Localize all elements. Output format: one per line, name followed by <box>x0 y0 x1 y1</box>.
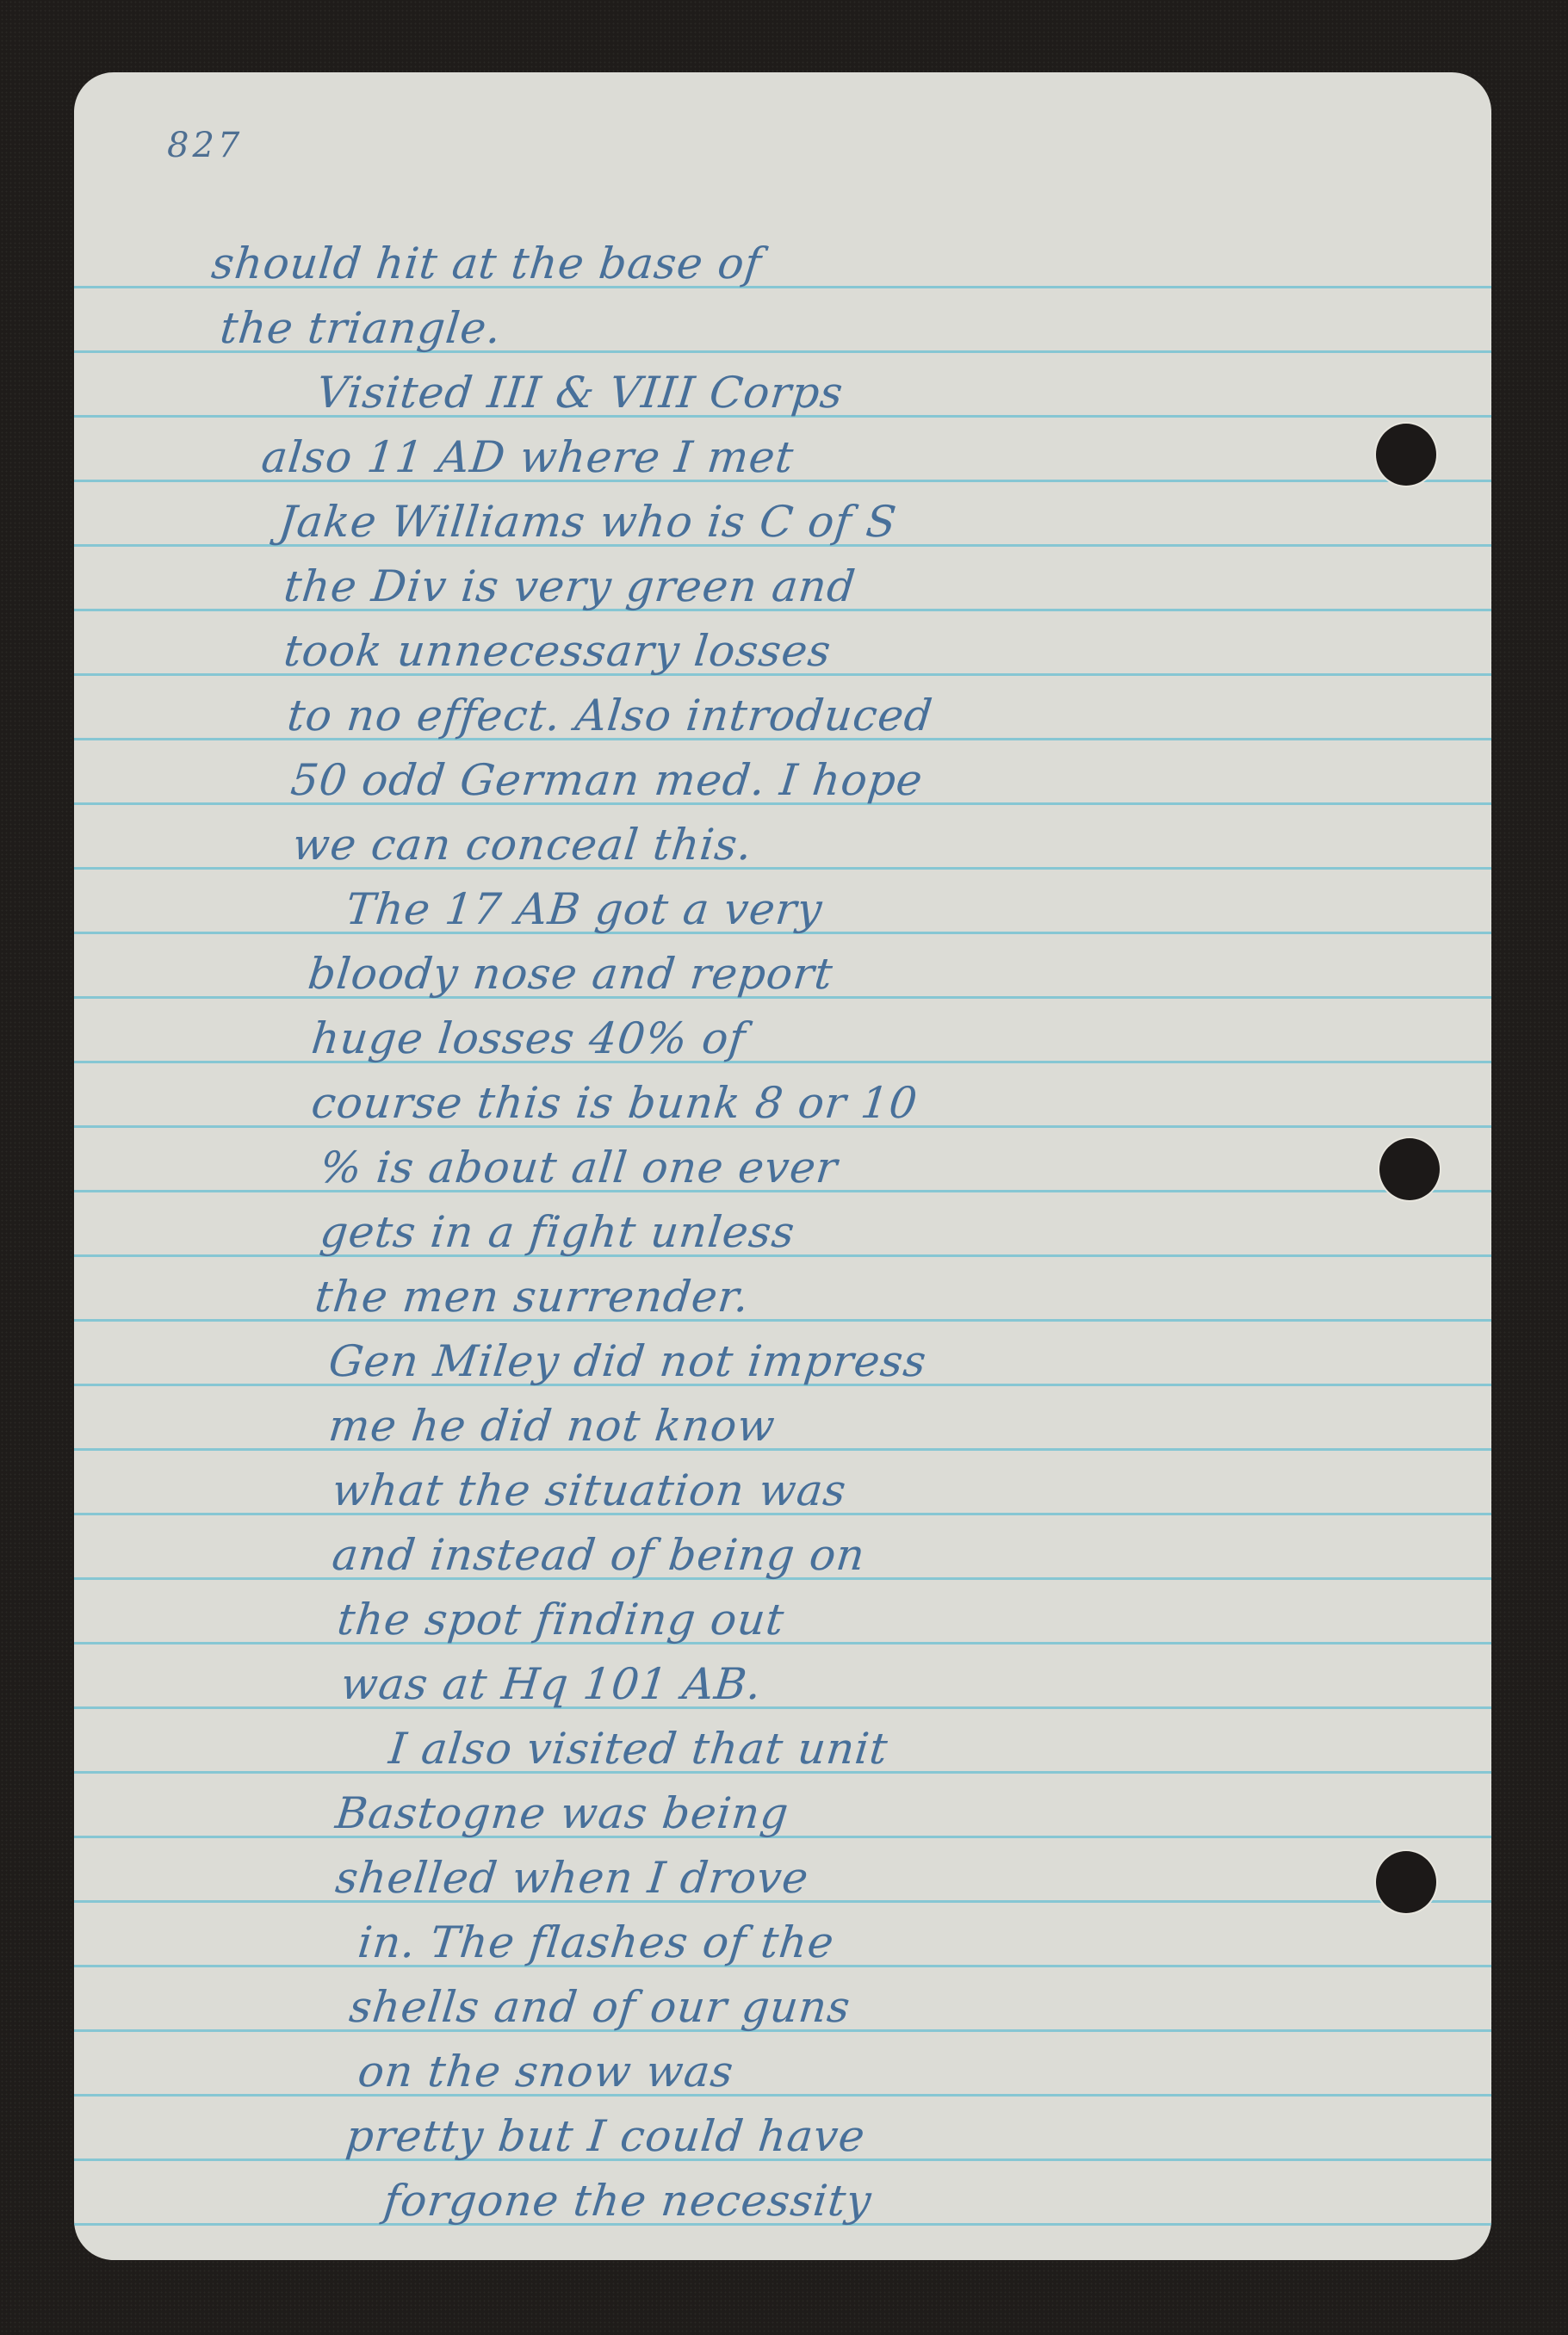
rule-line <box>74 1642 1491 1644</box>
notebook-page: 827 should hit at the base of the triang… <box>74 72 1491 2260</box>
handwritten-line: me he did not know <box>326 1400 778 1452</box>
handwritten-line: took unnecessary losses <box>282 625 834 677</box>
rule-line <box>74 1061 1491 1063</box>
handwritten-line: on the snow was <box>356 2046 736 2097</box>
handwritten-line: Gen Miley did not impress <box>326 1335 929 1387</box>
handwritten-line: 50 odd German med. I hope <box>288 754 926 806</box>
rule-line <box>74 2094 1491 2097</box>
handwritten-line: should hit at the base of <box>209 238 765 289</box>
handwritten-line: Visited III & VIII Corps <box>314 367 846 418</box>
handwritten-line: in. The flashes of the <box>356 1917 837 1968</box>
handwritten-line: what the situation was <box>330 1465 849 1516</box>
handwritten-line: pretty but I could have <box>344 2110 868 2162</box>
handwritten-line: shelled when I drove <box>333 1852 811 1904</box>
handwritten-line: bloody nose and report <box>306 948 836 1000</box>
binder-hole <box>1376 1851 1436 1913</box>
rule-line <box>74 1319 1491 1322</box>
handwritten-line: was at Hq 101 AB. <box>338 1658 765 1710</box>
rule-line <box>74 1706 1491 1709</box>
handwritten-line: The 17 AB got a very <box>344 883 825 935</box>
handwritten-line: forgone the necessity <box>381 2175 874 2227</box>
handwritten-line: the triangle. <box>218 302 505 354</box>
handwritten-line: Jake Williams who is C of S <box>276 496 900 548</box>
handwritten-line: also 11 AD where I met <box>259 431 796 483</box>
handwritten-line: % is about all one ever <box>318 1142 840 1193</box>
handwritten-line: huge losses 40% of <box>309 1013 748 1064</box>
handwritten-line: the spot finding out <box>335 1594 787 1645</box>
handwritten-line: shells and of our guns <box>347 1981 853 2033</box>
handwritten-line: I also visited that unit <box>387 1723 890 1774</box>
handwritten-line: to no effect. Also introduced <box>285 690 936 741</box>
handwritten-line: the Div is very green and <box>282 561 858 612</box>
rule-line <box>74 867 1491 870</box>
page-number: 827 <box>167 126 243 165</box>
handwritten-line: and instead of being on <box>330 1529 868 1581</box>
handwritten-line: Bastogne was being <box>333 1787 791 1839</box>
binder-hole <box>1379 1138 1440 1200</box>
rule-line <box>74 1448 1491 1451</box>
handwritten-line: gets in a fight unless <box>318 1206 797 1258</box>
binder-hole <box>1376 424 1436 486</box>
handwritten-line: we can conceal this. <box>290 819 755 870</box>
handwritten-line: course this is bunk 8 or 10 <box>309 1077 920 1129</box>
handwritten-line: the men surrender. <box>313 1271 753 1322</box>
